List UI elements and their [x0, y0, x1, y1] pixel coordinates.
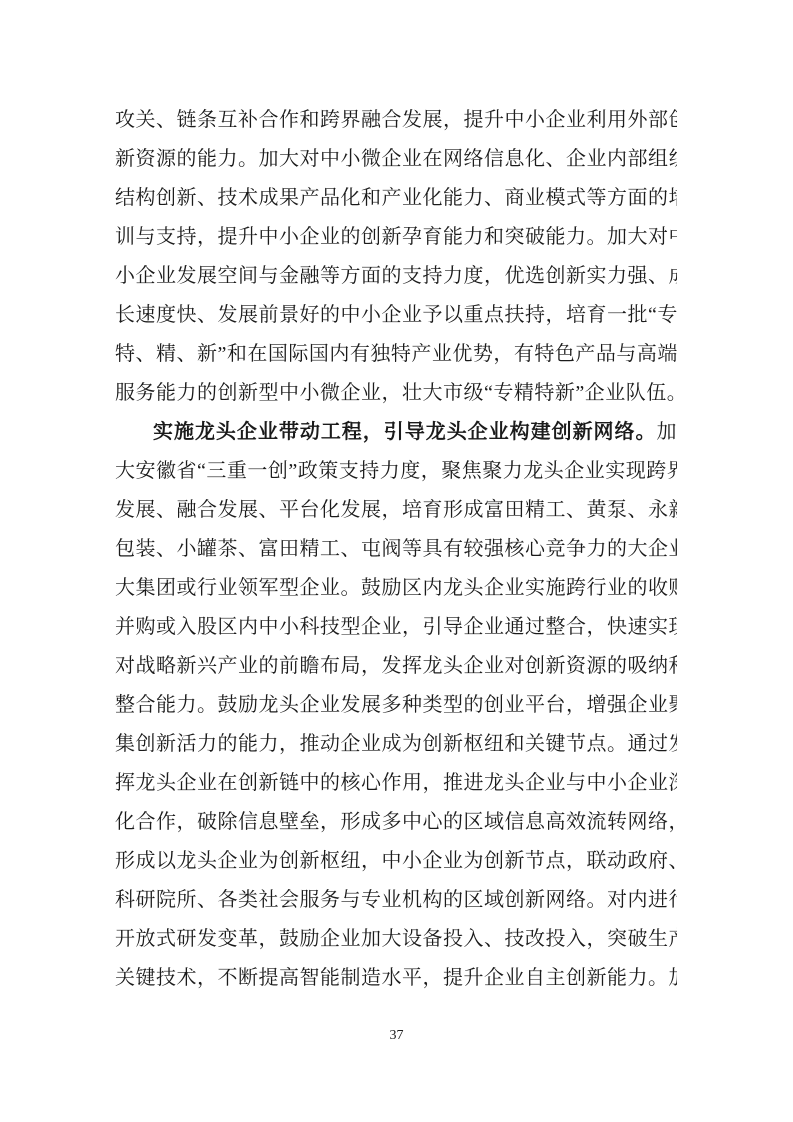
- text-line: 大安徽省“三重一创”政策支持力度，聚焦聚力龙头企业实现跨界: [115, 452, 677, 491]
- text-segment: 服务能力的创新型中小微企业，壮大市级“专精特新”企业队伍。: [115, 382, 677, 404]
- document-page: 攻关、链条互补合作和跨界融合发展，提升中小企业利用外部创新资源的能力。加大对中小…: [0, 0, 793, 1122]
- text-segment: 小企业发展空间与金融等方面的支持力度，优选创新实力强、成: [115, 265, 677, 287]
- text-line: 并购或入股区内中小科技型企业，引导企业通过整合，快速实现: [115, 608, 677, 647]
- text-segment: 特、精、新”和在国际国内有独特产业优势，有特色产品与高端: [115, 343, 677, 365]
- text-segment: 对战略新兴产业的前瞻布局，发挥龙头企业对创新资源的吸纳和: [115, 655, 677, 677]
- text-line: 特、精、新”和在国际国内有独特产业优势，有特色产品与高端: [115, 335, 677, 374]
- text-line: 服务能力的创新型中小微企业，壮大市级“专精特新”企业队伍。: [115, 374, 677, 413]
- text-line: 长速度快、发展前景好的中小企业予以重点扶持，培育一批“专、: [115, 296, 677, 335]
- bold-text-segment: 实施龙头企业带动工程，引导龙头企业构建创新网络。: [153, 421, 657, 443]
- text-line: 形成以龙头企业为创新枢纽，中小企业为创新节点，联动政府、: [115, 842, 677, 881]
- text-segment: 开放式研发变革，鼓励企业加大设备投入、技改投入，突破生产: [115, 928, 677, 950]
- text-line: 科研院所、各类社会服务与专业机构的区域创新网络。对内进行: [115, 881, 677, 920]
- text-line: 化合作，破除信息壁垒，形成多中心的区域信息高效流转网络，: [115, 803, 677, 842]
- text-segment: 训与支持，提升中小企业的创新孕育能力和突破能力。加大对中: [115, 226, 677, 248]
- body-text: 攻关、链条互补合作和跨界融合发展，提升中小企业利用外部创新资源的能力。加大对中小…: [115, 101, 677, 998]
- text-segment: 结构创新、技术成果产品化和产业化能力、商业模式等方面的培: [115, 187, 677, 209]
- text-segment: 大安徽省“三重一创”政策支持力度，聚焦聚力龙头企业实现跨界: [115, 460, 677, 482]
- text-line: 结构创新、技术成果产品化和产业化能力、商业模式等方面的培: [115, 179, 677, 218]
- text-segment: 科研院所、各类社会服务与专业机构的区域创新网络。对内进行: [115, 889, 677, 911]
- text-segment: 并购或入股区内中小科技型企业，引导企业通过整合，快速实现: [115, 616, 677, 638]
- text-line: 对战略新兴产业的前瞻布局，发挥龙头企业对创新资源的吸纳和: [115, 647, 677, 686]
- text-segment: 关键技术，不断提高智能制造水平，提升企业自主创新能力。加: [115, 967, 677, 989]
- page-number: 37: [0, 1028, 793, 1044]
- text-segment: 挥龙头企业在创新链中的核心作用，推进龙头企业与中小企业深: [115, 772, 677, 794]
- text-line: 新资源的能力。加大对中小微企业在网络信息化、企业内部组织: [115, 140, 677, 179]
- text-segment: 包装、小罐茶、富田精工、屯阀等具有较强核心竞争力的大企业、: [115, 538, 677, 560]
- text-segment: 大集团或行业领军型企业。鼓励区内龙头企业实施跨行业的收购、: [115, 577, 677, 599]
- text-line: 小企业发展空间与金融等方面的支持力度，优选创新实力强、成: [115, 257, 677, 296]
- text-line: 发展、融合发展、平台化发展，培育形成富田精工、黄泵、永新: [115, 491, 677, 530]
- text-segment: 整合能力。鼓励龙头企业发展多种类型的创业平台，增强企业聚: [115, 694, 677, 716]
- text-segment: 发展、融合发展、平台化发展，培育形成富田精工、黄泵、永新: [115, 499, 677, 521]
- text-line: 攻关、链条互补合作和跨界融合发展，提升中小企业利用外部创: [115, 101, 677, 140]
- text-line: 包装、小罐茶、富田精工、屯阀等具有较强核心竞争力的大企业、: [115, 530, 677, 569]
- text-segment: 长速度快、发展前景好的中小企业予以重点扶持，培育一批“专、: [115, 304, 677, 326]
- text-line: 挥龙头企业在创新链中的核心作用，推进龙头企业与中小企业深: [115, 764, 677, 803]
- text-line: 整合能力。鼓励龙头企业发展多种类型的创业平台，增强企业聚: [115, 686, 677, 725]
- text-line: 训与支持，提升中小企业的创新孕育能力和突破能力。加大对中: [115, 218, 677, 257]
- text-segment: 形成以龙头企业为创新枢纽，中小企业为创新节点，联动政府、: [115, 850, 677, 872]
- text-segment: 化合作，破除信息壁垒，形成多中心的区域信息高效流转网络，: [115, 811, 677, 833]
- text-segment: 新资源的能力。加大对中小微企业在网络信息化、企业内部组织: [115, 148, 677, 170]
- text-segment: 攻关、链条互补合作和跨界融合发展，提升中小企业利用外部创: [115, 109, 677, 131]
- text-line: 实施龙头企业带动工程，引导龙头企业构建创新网络。加: [115, 413, 677, 452]
- text-line: 集创新活力的能力，推动企业成为创新枢纽和关键节点。通过发: [115, 725, 677, 764]
- text-segment: 集创新活力的能力，推动企业成为创新枢纽和关键节点。通过发: [115, 733, 677, 755]
- text-line: 大集团或行业领军型企业。鼓励区内龙头企业实施跨行业的收购、: [115, 569, 677, 608]
- text-line: 关键技术，不断提高智能制造水平，提升企业自主创新能力。加: [115, 959, 677, 998]
- text-segment: 加: [657, 421, 678, 443]
- text-line: 开放式研发变革，鼓励企业加大设备投入、技改投入，突破生产: [115, 920, 677, 959]
